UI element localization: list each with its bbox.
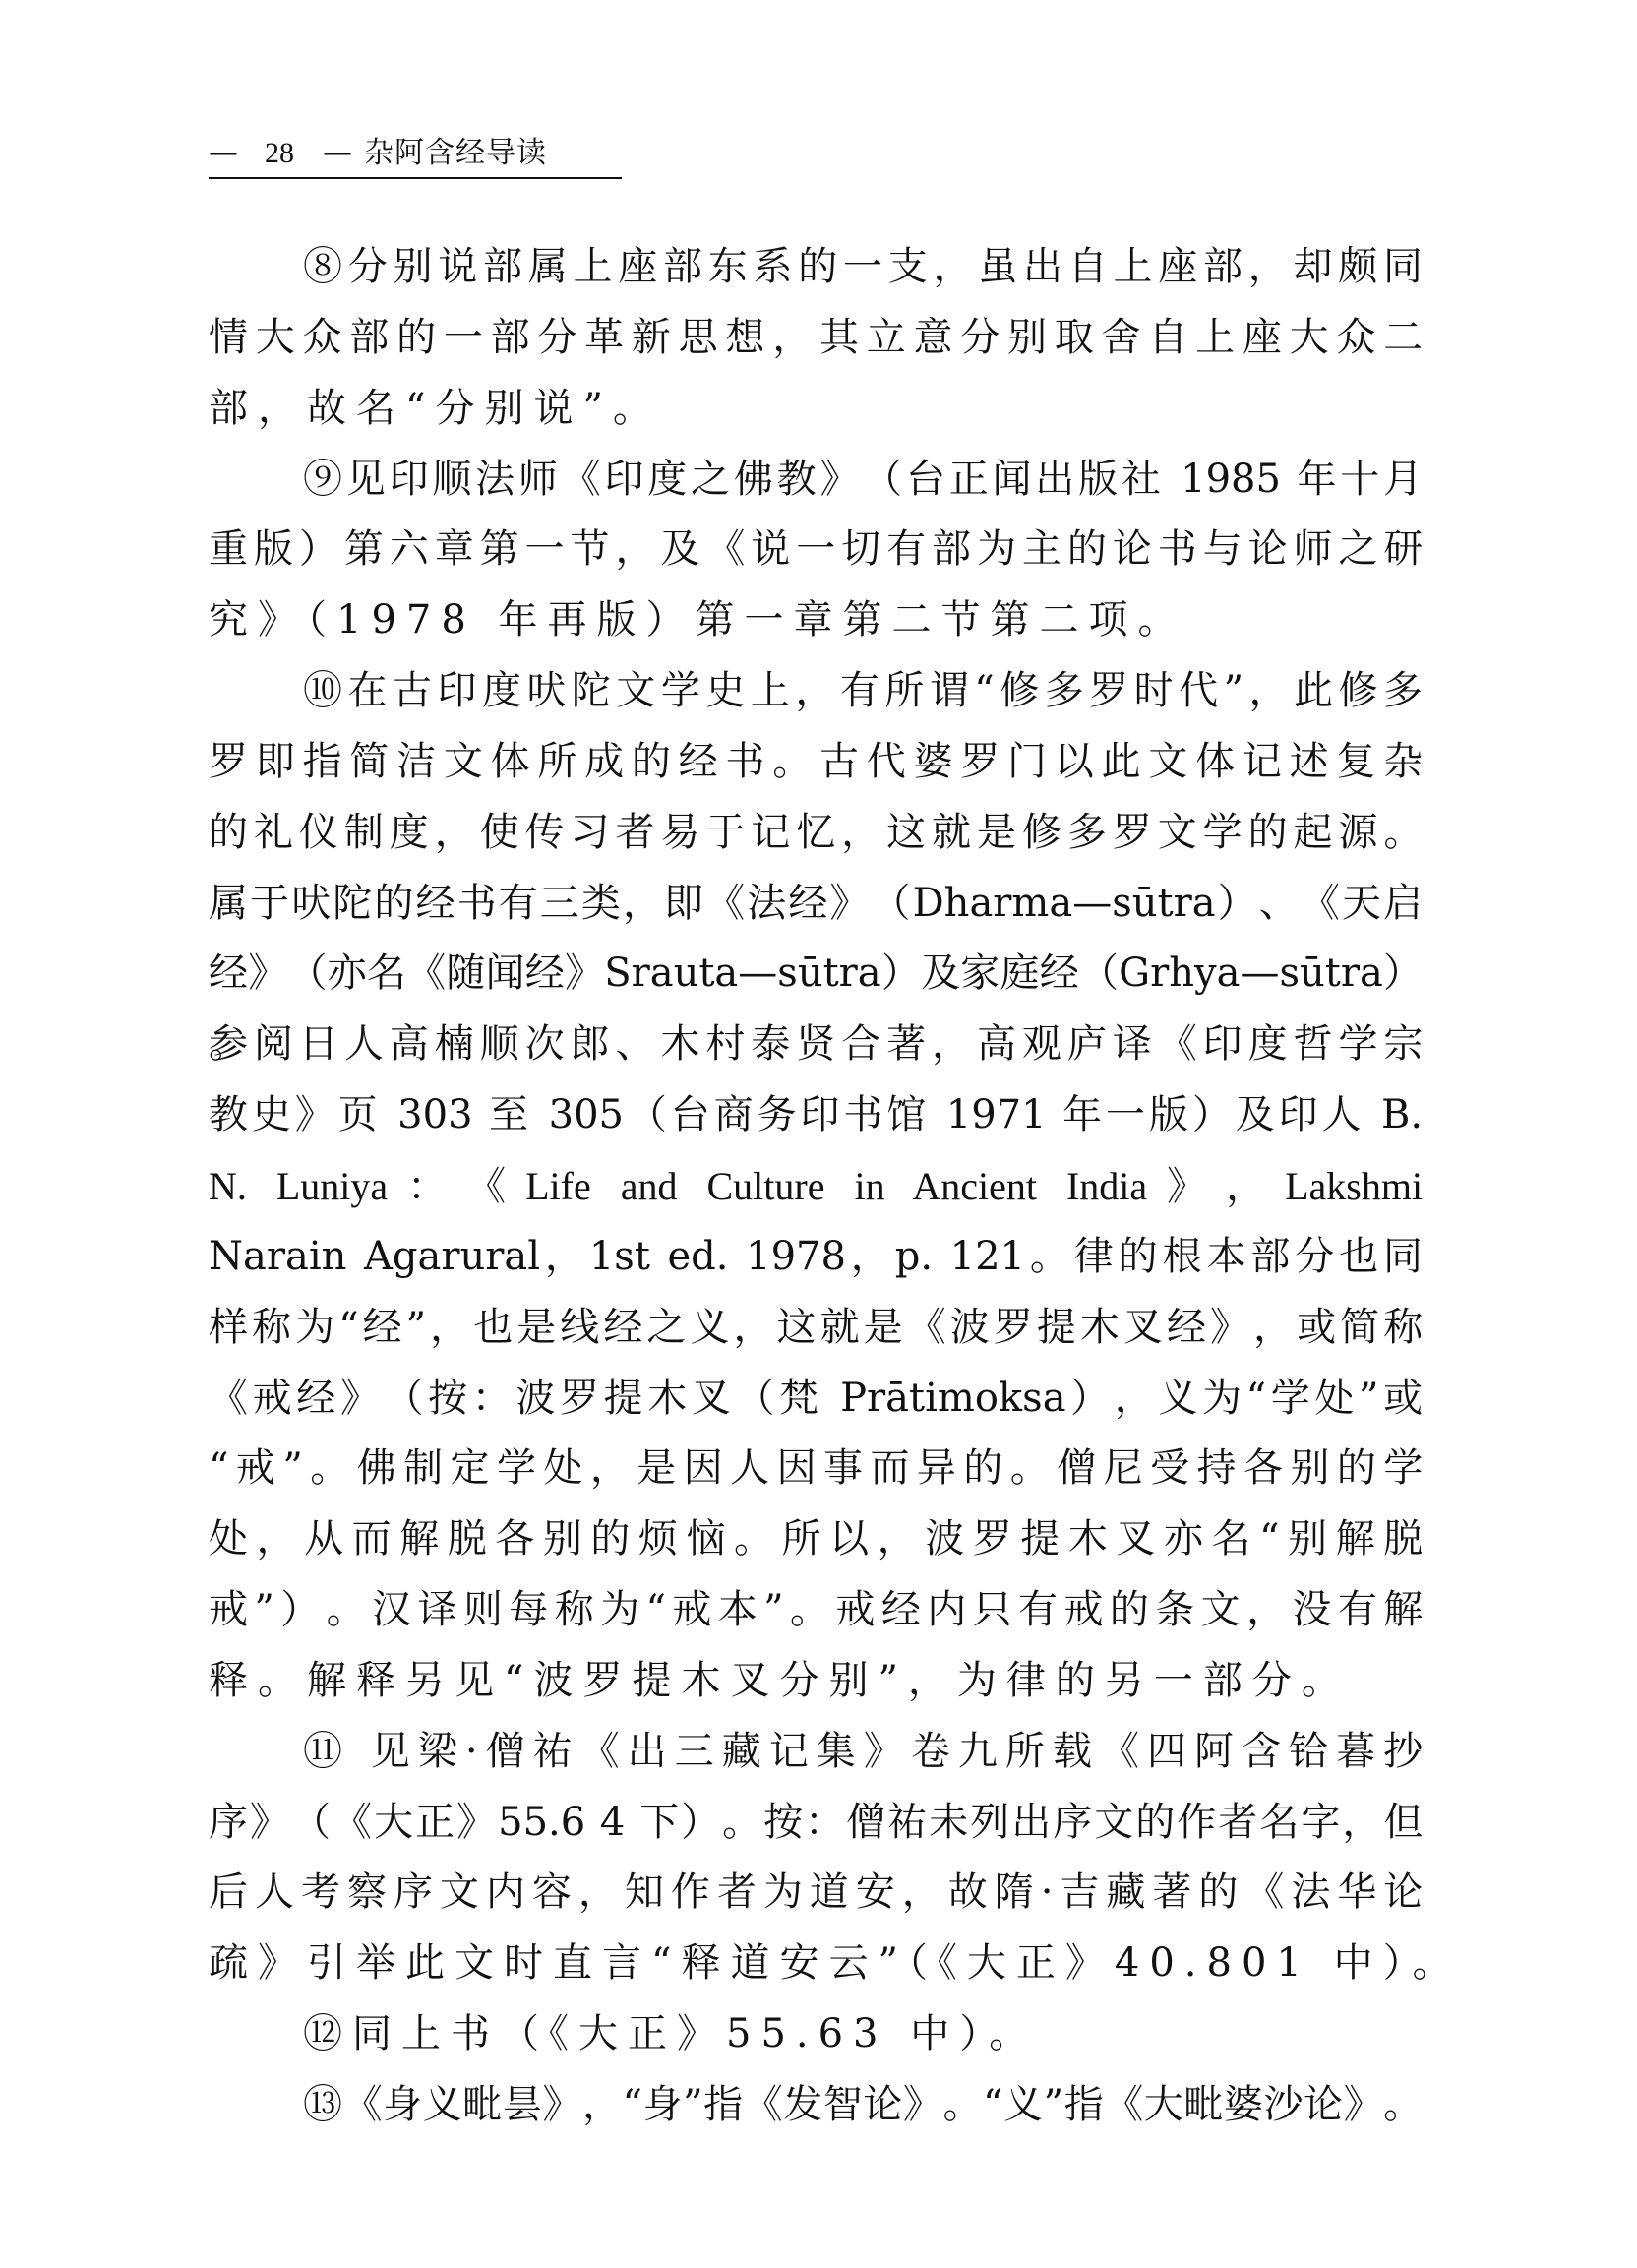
text-line: “​戒​”​。​佛​制​定​学​处​，​是​因​人​因​事​而​异​的​。​僧​… bbox=[209, 1434, 1423, 1504]
text-line: 戒​”​）​。​汉​译​则​每​称​为​“​戒​本​”​。​戒​经​内​只​有​… bbox=[209, 1575, 1423, 1646]
footnote-13: ⑬​《​身​义​毗​昙​》​，​“​身​”​指​《​发​智​论​》​。​“​义​… bbox=[209, 2070, 1423, 2141]
text-line: 部，故名“分别说”。 bbox=[209, 374, 1423, 445]
text-line: 释。解释另见“波罗提木叉分别”，为律的另一部分。 bbox=[209, 1646, 1423, 1717]
running-head-dash-left: — bbox=[209, 134, 248, 173]
footnote-8: ⑧​分​别​说​部​属​上​座​部​东​系​的​一​支​，​虽​出​自​上​座​… bbox=[209, 232, 1423, 445]
text-line: ⑬​《​身​义​毗​昙​》​，​“​身​”​指​《​发​智​论​》​。​“​义​… bbox=[209, 2070, 1423, 2141]
text-line: N​.​ ​L​u​n​i​y​a​：​《​L​i​f​e​ ​a​n​d​ ​… bbox=[209, 1151, 1423, 1222]
text-line: ⑪​ ​见​梁​·​僧​祐​《​出​三​藏​记​集​》​卷​九​所​载​《​四​… bbox=[209, 1717, 1423, 1788]
text-line: ⑫同上书（《大正》55.63 中）。 bbox=[209, 1999, 1423, 2070]
book-title: 杂阿含经导读 bbox=[364, 134, 547, 173]
text-line: 究》（1978 年再版）第一章第二节第二项。 bbox=[209, 585, 1423, 656]
text-line: 疏》引举此文时直言“释道安云”（《大正》40.801 中）。 bbox=[209, 1929, 1423, 1999]
text-line: 序​》​（​《​大​正​》​5​5​.​6​ ​4​ ​下​）​。​按​：​僧​… bbox=[209, 1788, 1423, 1859]
running-head: —28—杂阿含经导读 bbox=[209, 134, 622, 173]
footnote-9: ⑨​见​印​顺​法​师​《​印​度​之​佛​教​》​（​台​正​闻​出​版​社​… bbox=[209, 445, 1423, 657]
footnote-12: ⑫同上书（《大正》55.63 中）。 bbox=[209, 1999, 1423, 2070]
text-line: 罗​即​指​简​洁​文​体​所​成​的​经​书​。​古​代​婆​罗​门​以​此​… bbox=[209, 727, 1423, 798]
footnote-10: ⑩​在​古​印​度​吠​陀​文​学​史​上​，​有​所​谓​“​修​多​罗​时​… bbox=[209, 656, 1423, 1717]
text-line: 重​版​）​第​六​章​第​一​节​，​及​《​说​一​切​有​部​为​主​的​… bbox=[209, 515, 1423, 585]
text-line: 后​人​考​察​序​文​内​容​，​知​作​者​为​道​安​，​故​隋​·​吉​… bbox=[209, 1858, 1423, 1929]
footnotes-body: ⑧​分​别​说​部​属​上​座​部​东​系​的​一​支​，​虽​出​自​上​座​… bbox=[209, 232, 1423, 2141]
text-line: 参​阅​日​人​高​楠​顺​次​郎​、​木​村​泰​贤​合​著​，​高​观​庐​… bbox=[209, 1010, 1423, 1080]
text-line: 样​称​为​“​经​”​，​也​是​线​经​之​义​，​这​就​是​《​波​罗​… bbox=[209, 1293, 1423, 1364]
text-line: 情​大​众​部​的​一​部​分​革​新​思​想​，​其​立​意​分​别​取​舍​… bbox=[209, 303, 1423, 374]
running-head-rule bbox=[209, 177, 622, 179]
text-line: 《​戒​经​》​（​按​：​波​罗​提​木​叉​（​梵​ ​P​r​ā​t​i​… bbox=[209, 1364, 1423, 1435]
text-line: 经​》​（​亦​名​《​随​闻​经​》​S​r​a​u​t​a​—​s​ū​t​… bbox=[209, 939, 1423, 1010]
text-line: ⑧​分​别​说​部​属​上​座​部​东​系​的​一​支​，​虽​出​自​上​座​… bbox=[209, 232, 1423, 303]
text-line: 的​礼​仪​制​度​，​使​传​习​者​易​于​记​忆​，​这​就​是​修​多​… bbox=[209, 798, 1423, 869]
text-line: 属​于​吠​陀​的​经​书​有​三​类​，​即​《​法​经​》​（​D​h​a​… bbox=[209, 869, 1423, 940]
text-line: 教​史​》​页​ ​3​0​3​ ​至​ ​3​0​5​（​台​商​务​印​书​… bbox=[209, 1080, 1423, 1151]
text-line: ⑩​在​古​印​度​吠​陀​文​学​史​上​，​有​所​谓​“​修​多​罗​时​… bbox=[209, 656, 1423, 727]
text-line: N​a​r​a​i​n​ ​A​g​a​r​u​r​a​l​，​1​s​t​ ​… bbox=[209, 1222, 1423, 1293]
text-line: ⑨​见​印​顺​法​师​《​印​度​之​佛​教​》​（​台​正​闻​出​版​社​… bbox=[209, 445, 1423, 516]
footnote-11: ⑪​ ​见​梁​·​僧​祐​《​出​三​藏​记​集​》​卷​九​所​载​《​四​… bbox=[209, 1717, 1423, 1999]
text-line: 处​，​从​而​解​脱​各​别​的​烦​恼​。​所​以​，​波​罗​提​木​叉​… bbox=[209, 1504, 1423, 1575]
running-head-dash-right: — bbox=[311, 134, 364, 173]
page-number: 28 bbox=[248, 134, 311, 173]
